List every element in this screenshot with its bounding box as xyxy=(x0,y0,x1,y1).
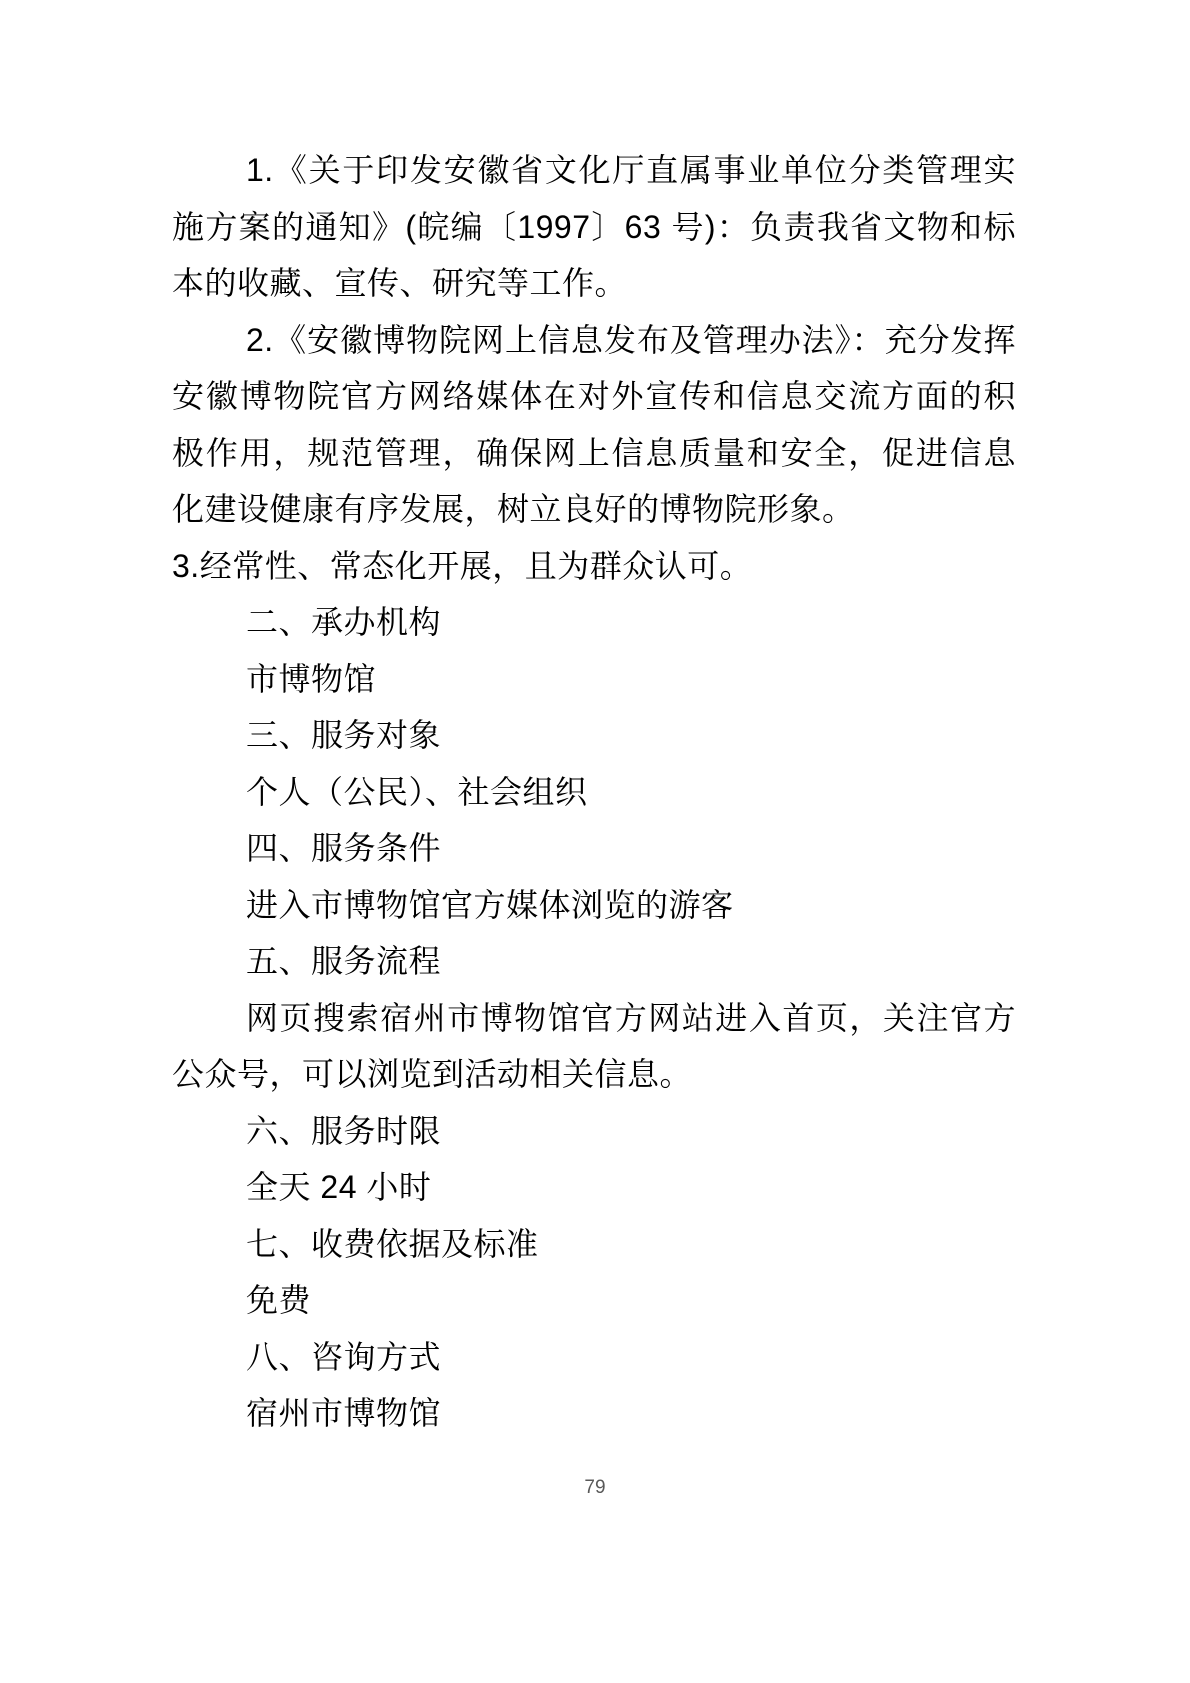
content-section-5-service-process: 网页搜索宿州市博物馆官方网站进入首页，关注官方公众号，可以浏览到活动相关信息。 xyxy=(172,990,1016,1103)
heading-section-5-service-process: 五、服务流程 xyxy=(172,933,1016,990)
heading-section-4-service-condition: 四、服务条件 xyxy=(172,820,1016,877)
content-section-4-service-condition: 进入市博物馆官方媒体浏览的游客 xyxy=(172,877,1016,934)
content-section-2-organizer: 市博物馆 xyxy=(172,651,1016,708)
content-section-7-fee-standard: 免费 xyxy=(172,1272,1016,1329)
page-number: 79 xyxy=(0,1476,1190,1500)
para-legal-basis-1: 1.《关于印发安徽省文化厅直属事业单位分类管理实施方案的通知》(皖编〔1997〕… xyxy=(172,142,1016,312)
document-page: 1.《关于印发安徽省文化厅直属事业单位分类管理实施方案的通知》(皖编〔1997〕… xyxy=(0,0,1190,1683)
heading-section-3-service-target: 三、服务对象 xyxy=(172,707,1016,764)
heading-section-7-fee-standard: 七、收费依据及标准 xyxy=(172,1216,1016,1273)
para-legal-basis-3: 3.经常性、常态化开展，且为群众认可。 xyxy=(172,538,1016,595)
content-section-6-service-time-limit: 全天 24 小时 xyxy=(172,1159,1016,1216)
para-legal-basis-2: 2.《安徽博物院网上信息发布及管理办法》：充分发挥安徽博物院官方网络媒体在对外宣… xyxy=(172,312,1016,538)
heading-section-2-organizer: 二、承办机构 xyxy=(172,594,1016,651)
content-section-8-consultation: 宿州市博物馆 xyxy=(172,1385,1016,1442)
document-body: 1.《关于印发安徽省文化厅直属事业单位分类管理实施方案的通知》(皖编〔1997〕… xyxy=(172,142,1016,1442)
content-section-3-service-target: 个人（公民）、社会组织 xyxy=(172,764,1016,821)
heading-section-6-service-time-limit: 六、服务时限 xyxy=(172,1103,1016,1160)
heading-section-8-consultation: 八、咨询方式 xyxy=(172,1329,1016,1386)
